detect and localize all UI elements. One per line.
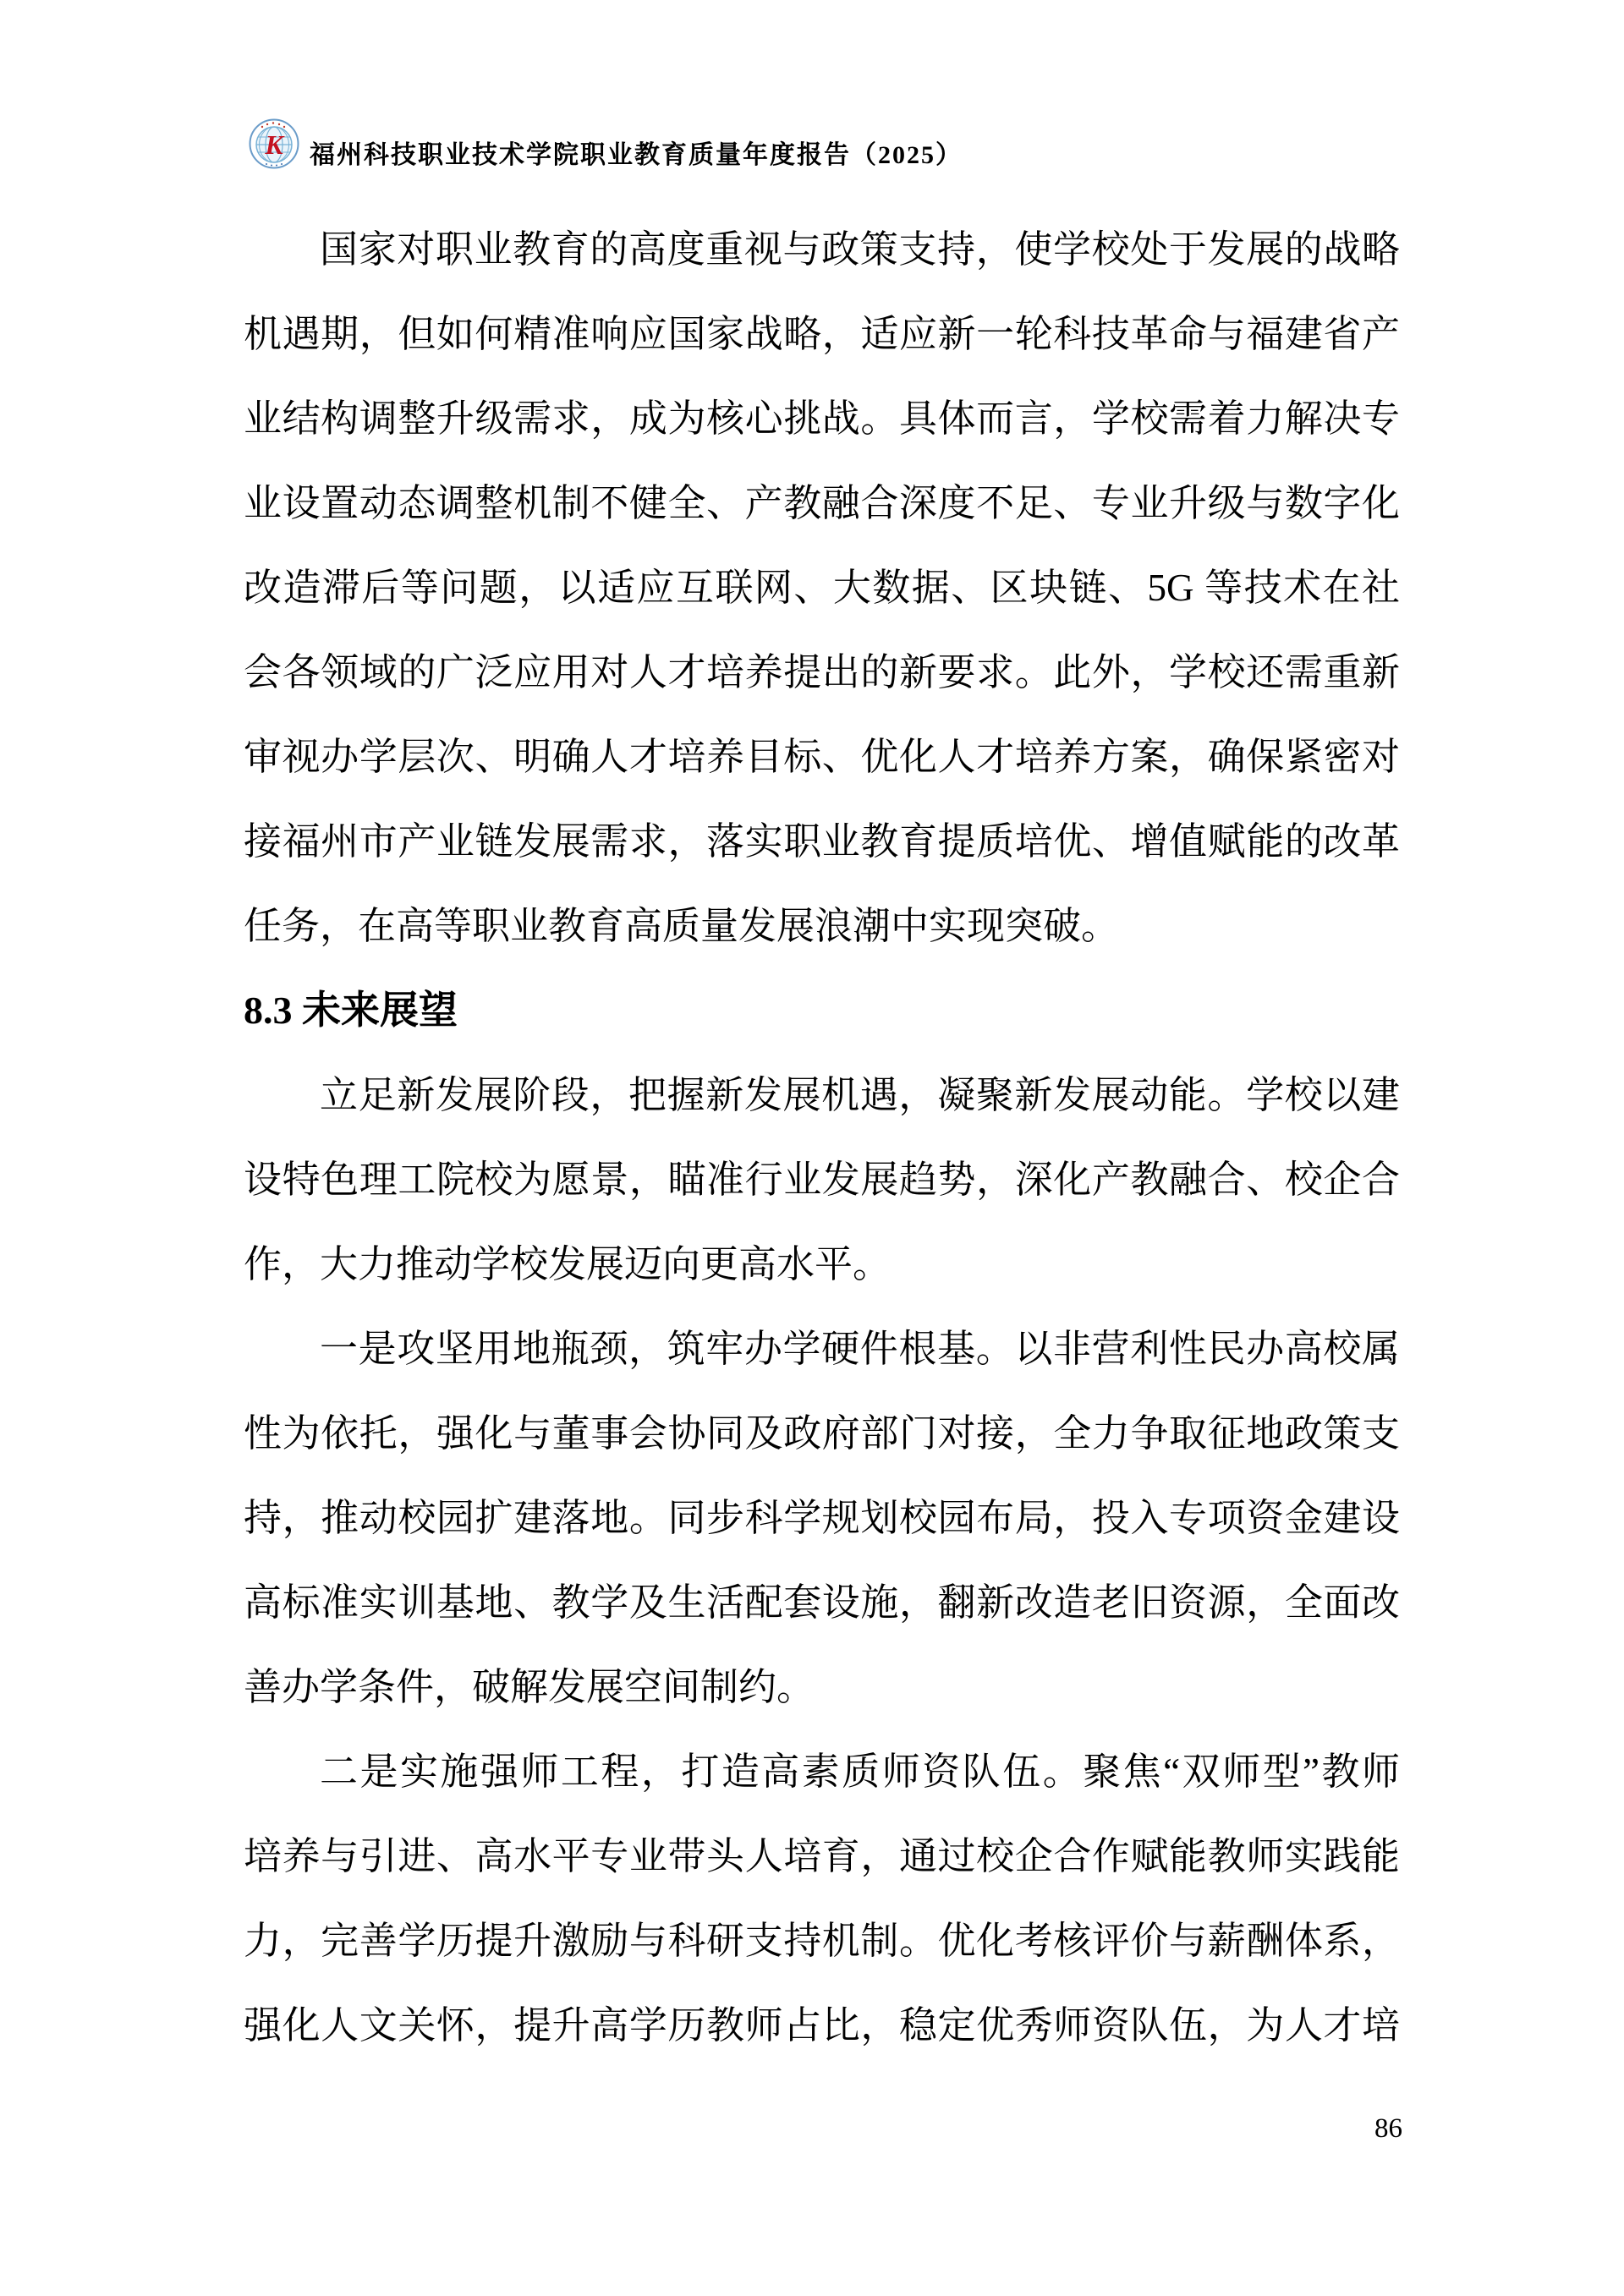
body-line: 业设置动态调整机制不健全、产教融合深度不足、专业升级与数字化 [244, 461, 1400, 545]
page-number: 86 [1374, 2112, 1402, 2146]
body-line: 二是实施强师工程，打造高素质师资队伍。聚焦“双师型”教师 [244, 1729, 1400, 1814]
body-line: 作，大力推动学校发展迈向更高水平。 [244, 1222, 1400, 1307]
body-line: 强化人文关怀，提升高学历教师占比，稳定优秀师资队伍，为人才培 [244, 1983, 1400, 2068]
body-line: 立足新发展阶段，把握新发展机遇，凝聚新发展动能。学校以建 [244, 1053, 1400, 1137]
body-line: 国家对职业教育的高度重视与政策支持，使学校处于发展的战略 [244, 207, 1400, 292]
body-line: 高标准实训基地、教学及生活配套设施，翻新改造老旧资源，全面改 [244, 1560, 1400, 1645]
body-line: 接福州市产业链发展需求，落实职业教育提质培优、增值赋能的改革 [244, 799, 1400, 884]
body-line: 业结构调整升级需求，成为核心挑战。具体而言，学校需着力解决专 [244, 376, 1400, 461]
body-line: 一是攻坚用地瓶颈，筑牢办学硬件根基。以非营利性民办高校属 [244, 1307, 1400, 1391]
body-line: 持，推动校园扩建落地。同步科学规划校园布局，投入专项资金建设 [244, 1476, 1400, 1560]
section-heading: 8.3 未来展望 [244, 968, 1400, 1053]
school-emblem-icon: K [249, 118, 299, 169]
page-header: K 福州科技职业技术学院职业教育质量年度报告（2025） [249, 118, 963, 169]
document-body: 国家对职业教育的高度重视与政策支持，使学校处于发展的战略 机遇期，但如何精准响应… [244, 207, 1400, 2068]
body-line: 力，完善学历提升激励与科研支持机制。优化考核评价与薪酬体系， [244, 1899, 1400, 1983]
document-page: K 福州科技职业技术学院职业教育质量年度报告（2025） 国家对职业教育的高度重… [0, 0, 1624, 2296]
body-line: 培养与引进、高水平专业带头人培育，通过校企合作赋能教师实践能 [244, 1814, 1400, 1899]
body-line: 任务，在高等职业教育高质量发展浪潮中实现突破。 [244, 884, 1400, 968]
report-title: 福州科技职业技术学院职业教育质量年度报告（2025） [310, 140, 963, 171]
body-line: 改造滞后等问题，以适应互联网、大数据、区块链、5G 等技术在社 [244, 545, 1400, 630]
emblem-letter: K [264, 129, 285, 160]
body-line: 善办学条件，破解发展空间制约。 [244, 1645, 1400, 1729]
body-line: 会各领域的广泛应用对人才培养提出的新要求。此外，学校还需重新 [244, 630, 1400, 715]
body-line: 审视办学层次、明确人才培养目标、优化人才培养方案，确保紧密对 [244, 715, 1400, 799]
body-line: 性为依托，强化与董事会协同及政府部门对接，全力争取征地政策支 [244, 1391, 1400, 1476]
body-line: 设特色理工院校为愿景，瞄准行业发展趋势，深化产教融合、校企合 [244, 1137, 1400, 1222]
body-line: 机遇期，但如何精准响应国家战略，适应新一轮科技革命与福建省产 [244, 292, 1400, 376]
